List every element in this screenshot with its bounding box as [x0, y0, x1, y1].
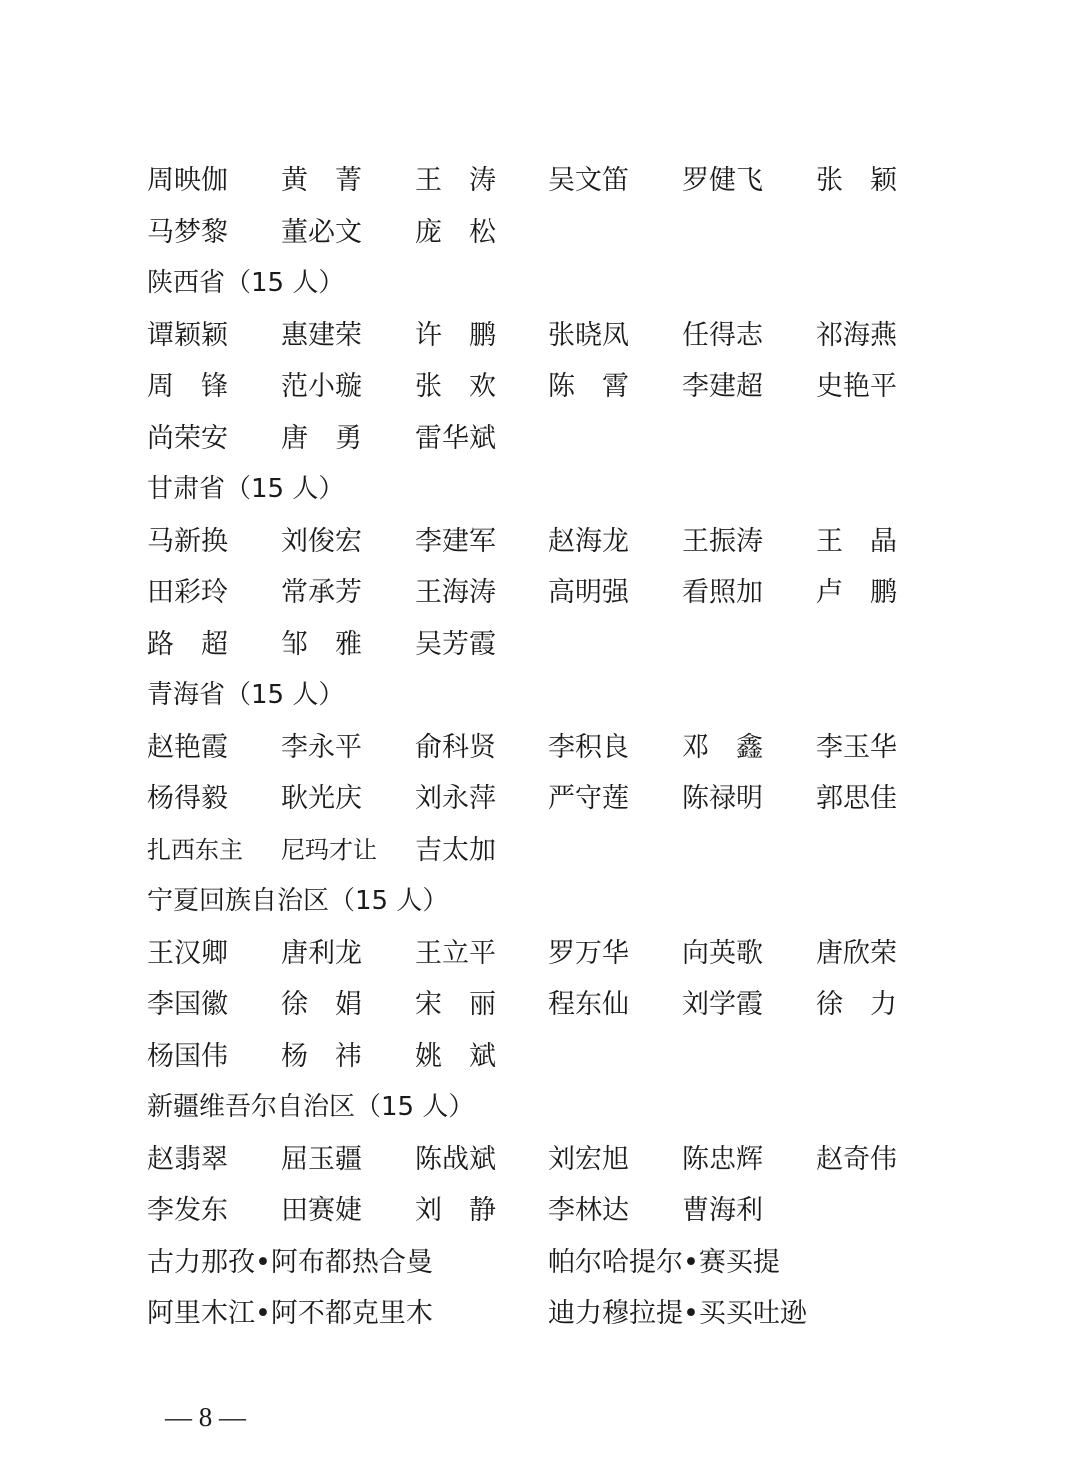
person-name: 王汉卿	[147, 928, 267, 980]
name-row: 李国徽 徐 娟 宋 丽 程东仙 刘学霞 徐 力	[147, 979, 927, 1031]
person-name: 张晓凤	[548, 310, 668, 362]
person-name: 耿光庆	[281, 773, 401, 825]
person-name: 李建军	[415, 516, 535, 568]
person-name: 马梦黎	[147, 207, 267, 259]
person-name: 李国徽	[147, 979, 267, 1031]
person-name: 姚 斌	[415, 1031, 535, 1083]
person-name: 陈战斌	[415, 1134, 535, 1186]
person-name-long: 阿里木江•阿不都克里木	[147, 1288, 547, 1340]
person-name: 杨国伟	[147, 1031, 267, 1083]
person-name: 刘学霞	[682, 979, 802, 1031]
person-name: 屈玉疆	[281, 1134, 401, 1186]
person-name: 张 欢	[415, 361, 535, 413]
section-heading-ningxia: 宁夏回族自治区（15 人）	[147, 876, 927, 928]
person-name: 路 超	[147, 619, 267, 671]
name-row: 杨国伟 杨 祎 姚 斌	[147, 1031, 927, 1083]
person-name: 赵艳霞	[147, 722, 267, 774]
person-name: 任得志	[682, 310, 802, 362]
person-name: 刘永萍	[415, 773, 535, 825]
name-row: 王汉卿 唐利龙 王立平 罗万华 向英歌 唐欣荣	[147, 928, 927, 980]
person-name: 陈忠辉	[682, 1134, 802, 1186]
person-name: 唐利龙	[281, 928, 401, 980]
person-name: 李林达	[548, 1185, 668, 1237]
name-row: 赵翡翠 屈玉疆 陈战斌 刘宏旭 陈忠辉 赵奇伟	[147, 1134, 927, 1186]
person-name: 马新换	[147, 516, 267, 568]
person-name: 田彩玲	[147, 567, 267, 619]
name-row: 马新换 刘俊宏 李建军 赵海龙 王振涛 王 晶	[147, 516, 927, 568]
person-name: 范小璇	[281, 361, 401, 413]
person-name: 罗健飞	[682, 155, 802, 207]
person-name: 张 颖	[816, 155, 936, 207]
name-row: 谭颖颖 惠建荣 许 鹏 张晓凤 任得志 祁海燕	[147, 310, 927, 362]
person-name: 吴文笛	[548, 155, 668, 207]
person-name: 李发东	[147, 1185, 267, 1237]
person-name: 郭思佳	[816, 773, 936, 825]
name-row: 阿里木江•阿不都克里木 迪力穆拉提•买买吐逊	[147, 1288, 927, 1340]
person-name: 陈禄明	[682, 773, 802, 825]
name-row: 赵艳霞 李永平 俞科贤 李积良 邓 鑫 李玉华	[147, 722, 927, 774]
page-number: — 8 —	[165, 1402, 246, 1433]
person-name: 向英歌	[682, 928, 802, 980]
person-name: 刘宏旭	[548, 1134, 668, 1186]
person-name-long: 古力那孜•阿布都热合曼	[147, 1237, 547, 1289]
person-name: 祁海燕	[816, 310, 936, 362]
person-name: 陈 霄	[548, 361, 668, 413]
person-name: 黄 菁	[281, 155, 401, 207]
person-name: 史艳平	[816, 361, 936, 413]
person-name: 严守莲	[548, 773, 668, 825]
person-name: 吴芳霞	[415, 619, 535, 671]
name-row: 李发东 田赛婕 刘 静 李林达 曹海利	[147, 1185, 927, 1237]
person-name: 周映伽	[147, 155, 267, 207]
person-name-long: 迪力穆拉提•买买吐逊	[548, 1288, 948, 1340]
person-name: 宋 丽	[415, 979, 535, 1031]
person-name: 常承芳	[281, 567, 401, 619]
document-page: 周映伽 黄 菁 王 涛 吴文笛 罗健飞 张 颖 马梦黎 董必文 庞 松 陕西省（…	[0, 0, 1080, 1460]
person-name: 杨得毅	[147, 773, 267, 825]
person-name: 卢 鹏	[816, 567, 936, 619]
section-heading-xinjiang: 新疆维吾尔自治区（15 人）	[147, 1082, 927, 1134]
person-name: 周 锋	[147, 361, 267, 413]
person-name: 曹海利	[682, 1185, 802, 1237]
person-name: 赵翡翠	[147, 1134, 267, 1186]
person-name: 田赛婕	[281, 1185, 401, 1237]
person-name-long: 帕尔哈提尔•赛买提	[548, 1237, 948, 1289]
name-row: 杨得毅 耿光庆 刘永萍 严守莲 陈禄明 郭思佳	[147, 773, 927, 825]
person-name: 王 涛	[415, 155, 535, 207]
person-name: 罗万华	[548, 928, 668, 980]
person-name: 尼玛才让	[281, 825, 401, 877]
person-name: 俞科贤	[415, 722, 535, 774]
section-heading-shaanxi: 陕西省（15 人）	[147, 258, 927, 310]
person-name: 李建超	[682, 361, 802, 413]
section-heading-qinghai: 青海省（15 人）	[147, 670, 927, 722]
person-name: 刘俊宏	[281, 516, 401, 568]
name-row: 路 超 邹 雅 吴芳霞	[147, 619, 927, 671]
person-name: 许 鹏	[415, 310, 535, 362]
person-name: 惠建荣	[281, 310, 401, 362]
person-name: 雷华斌	[415, 413, 535, 465]
person-name: 唐 勇	[281, 413, 401, 465]
name-row: 周 锋 范小璇 张 欢 陈 霄 李建超 史艳平	[147, 361, 927, 413]
name-row: 马梦黎 董必文 庞 松	[147, 207, 927, 259]
person-name: 庞 松	[415, 207, 535, 259]
person-name: 徐 力	[816, 979, 936, 1031]
person-name: 王立平	[415, 928, 535, 980]
person-name: 李永平	[281, 722, 401, 774]
person-name: 杨 祎	[281, 1031, 401, 1083]
person-name: 刘 静	[415, 1185, 535, 1237]
person-name: 邓 鑫	[682, 722, 802, 774]
person-name: 王振涛	[682, 516, 802, 568]
person-name: 王海涛	[415, 567, 535, 619]
name-row: 周映伽 黄 菁 王 涛 吴文笛 罗健飞 张 颖	[147, 155, 927, 207]
section-heading-gansu: 甘肃省（15 人）	[147, 464, 927, 516]
name-row: 尚荣安 唐 勇 雷华斌	[147, 413, 927, 465]
name-row: 田彩玲 常承芳 王海涛 高明强 看照加 卢 鹏	[147, 567, 927, 619]
person-name: 董必文	[281, 207, 401, 259]
person-name: 吉太加	[415, 825, 535, 877]
person-name: 赵海龙	[548, 516, 668, 568]
person-name: 尚荣安	[147, 413, 267, 465]
name-list: 周映伽 黄 菁 王 涛 吴文笛 罗健飞 张 颖 马梦黎 董必文 庞 松 陕西省（…	[147, 155, 927, 1340]
person-name: 李玉华	[816, 722, 936, 774]
name-row: 古力那孜•阿布都热合曼 帕尔哈提尔•赛买提	[147, 1237, 927, 1289]
name-row: 扎西东主 尼玛才让 吉太加	[147, 825, 927, 877]
person-name: 李积良	[548, 722, 668, 774]
person-name: 谭颖颖	[147, 310, 267, 362]
person-name: 赵奇伟	[816, 1134, 936, 1186]
person-name: 唐欣荣	[816, 928, 936, 980]
person-name: 王 晶	[816, 516, 936, 568]
person-name: 扎西东主	[147, 825, 267, 877]
person-name: 邹 雅	[281, 619, 401, 671]
person-name: 高明强	[548, 567, 668, 619]
person-name: 看照加	[682, 567, 802, 619]
person-name: 程东仙	[548, 979, 668, 1031]
person-name: 徐 娟	[281, 979, 401, 1031]
